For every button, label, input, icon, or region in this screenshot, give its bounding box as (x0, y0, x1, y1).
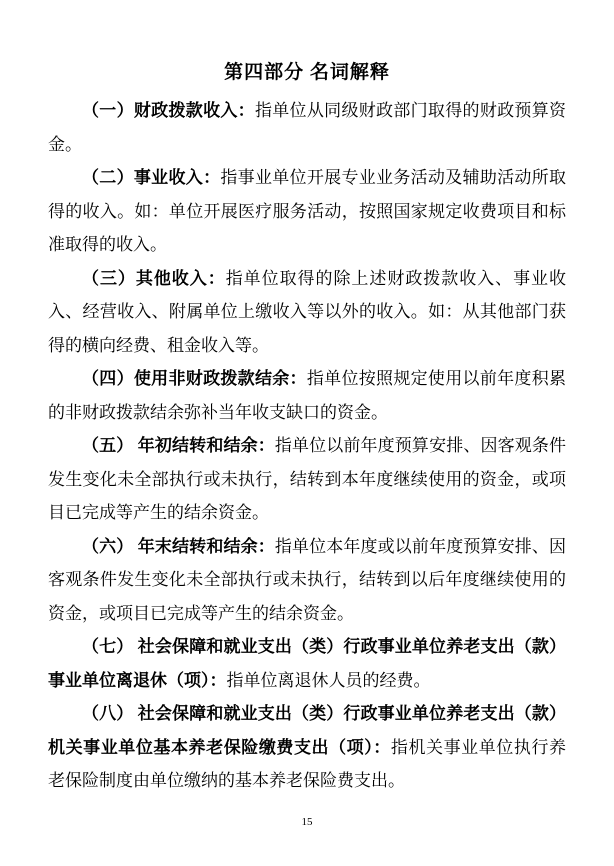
term-label: （六） 年末结转和结余： (82, 537, 275, 556)
definition-paragraph: （二）事业收入：指事业单位开展专业业务活动及辅助活动所取得的收入。如：单位开展医… (48, 161, 566, 262)
definition-paragraph: （五） 年初结转和结余：指单位以前年度预算安排、因客观条件发生变化未全部执行或未… (48, 429, 566, 530)
definition-paragraph: （三）其他收入：指单位取得的除上述财政拨款收入、事业收入、经营收入、附属单位上缴… (48, 262, 566, 363)
term-label: （三）其他收入： (82, 269, 226, 288)
term-label: （四）使用非财政拨款结余： (82, 369, 307, 388)
definitions-list: （一）财政拨款收入：指单位从同级财政部门取得的财政预算资金。 （二）事业收入：指… (48, 94, 566, 798)
term-label: （二）事业收入： (82, 168, 220, 187)
section-title: 第四部分 名词解释 (48, 61, 566, 85)
term-label: （五） 年初结转和结余： (82, 436, 275, 455)
term-label: （一）财政拨款收入： (82, 101, 255, 120)
definition-paragraph: （四）使用非财政拨款结余：指单位按照规定使用以前年度积累的非财政拨款结余弥补当年… (48, 362, 566, 429)
definition-paragraph: （一）财政拨款收入：指单位从同级财政部门取得的财政预算资金。 (48, 94, 566, 161)
page-number: 15 (0, 816, 614, 829)
definition-paragraph: （七） 社会保障和就业支出（类）行政事业单位养老支出（款）事业单位离退休（项）：… (48, 630, 566, 697)
term-definition: 指单位离退休人员的经费。 (227, 671, 431, 690)
document-page: 第四部分 名词解释 （一）财政拨款收入：指单位从同级财政部门取得的财政预算资金。… (0, 0, 614, 866)
document-content: 第四部分 名词解释 （一）财政拨款收入：指单位从同级财政部门取得的财政预算资金。… (0, 61, 614, 798)
definition-paragraph: （六） 年末结转和结余：指单位本年度或以前年度预算安排、因客观条件发生变化未全部… (48, 530, 566, 631)
definition-paragraph: （八） 社会保障和就业支出（类）行政事业单位养老支出（款）机关事业单位基本养老保… (48, 697, 566, 798)
